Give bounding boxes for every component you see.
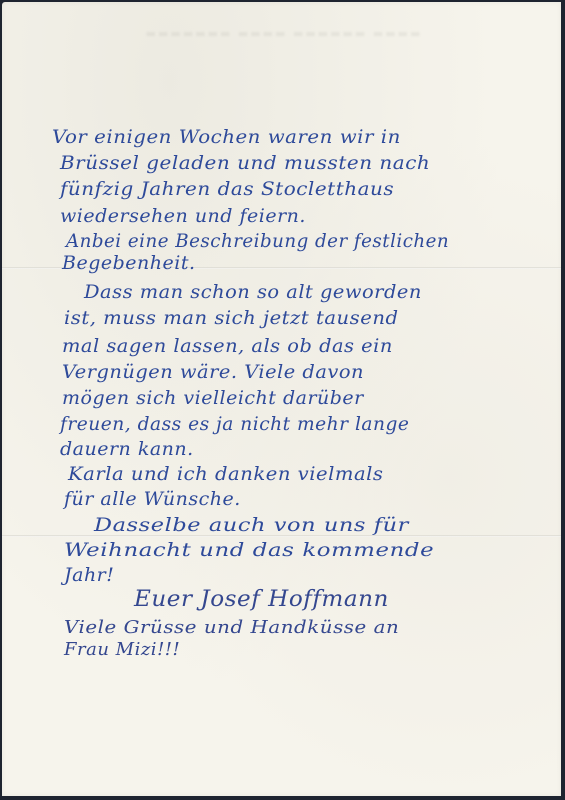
letter-line: für alle Wünsche. [64, 488, 241, 510]
letter-line: Vor einigen Wochen waren wir in [52, 126, 401, 148]
letter-line: ist, muss man sich jetzt tausend [64, 307, 398, 329]
letter-line: Begebenheit. [62, 252, 196, 274]
signature: Euer Josef Hoffmann [134, 587, 389, 612]
show-through-letterhead: ▬▬▬▬ ▬▬▬▬▬▬ ▬▬▬▬ ▬▬▬▬▬▬▬ [42, 27, 522, 67]
letter-line: mal sagen lassen, als ob das ein [62, 335, 393, 357]
postscript-line: Viele Grüsse und Handküsse an [64, 617, 399, 638]
letter-line: mögen sich vielleicht darüber [62, 387, 364, 409]
postscript-line: Frau Mizi!!! [64, 639, 180, 660]
letter-line: dauern kann. [60, 438, 194, 460]
letter-line: Dass man schon so alt geworden [84, 281, 422, 303]
letter-line: Dasselbe auch von uns für [94, 514, 409, 536]
letter-line: freuen, dass es ja nicht mehr lange [60, 413, 409, 435]
letter-line: fünfzig Jahren das Stocletthaus [60, 178, 394, 200]
letter-line: Brüssel geladen und mussten nach [60, 152, 430, 174]
letter-line: Jahr! [64, 564, 114, 586]
letter-line: Anbei eine Beschreibung der festlichen [66, 230, 449, 252]
letter-line: Vergnügen wäre. Viele davon [62, 361, 364, 383]
letter-line: Karla und ich danken vielmals [68, 463, 383, 485]
letter-page: ▬▬▬▬ ▬▬▬▬▬▬ ▬▬▬▬ ▬▬▬▬▬▬▬ Vor einigen Woc… [2, 2, 561, 796]
letter-line: Weihnacht und das kommende [64, 539, 434, 561]
letter-line: wiedersehen und feiern. [60, 205, 306, 227]
